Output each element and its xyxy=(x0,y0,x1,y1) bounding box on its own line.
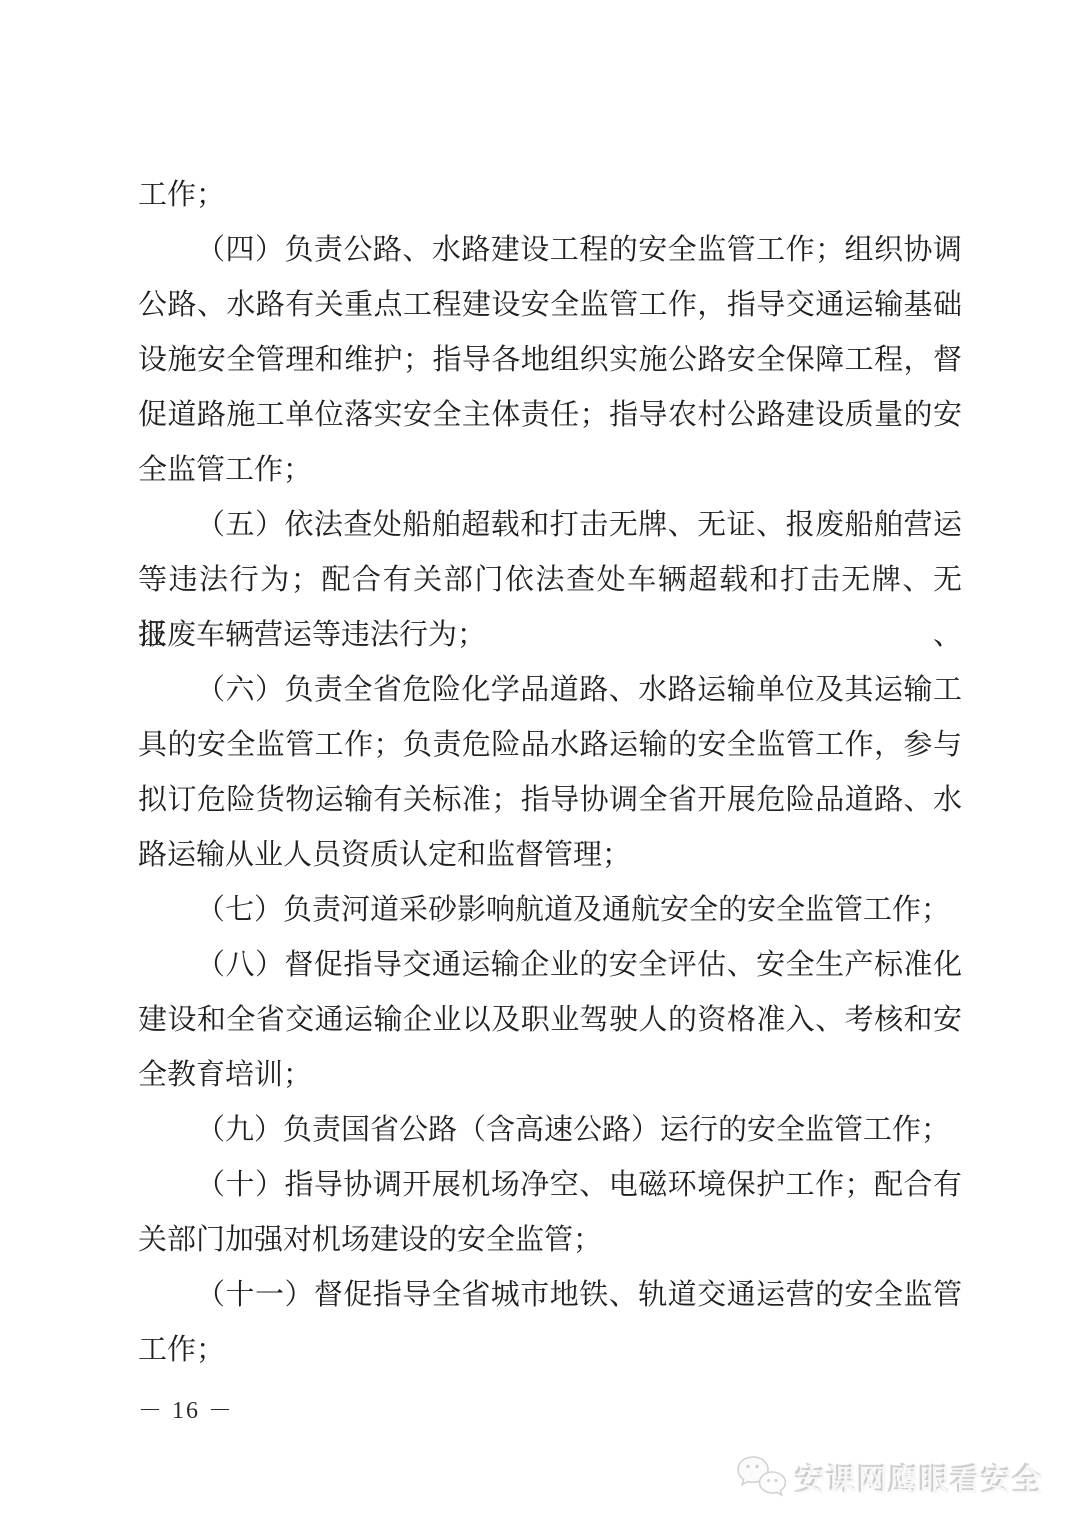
text-line: （九）负责国省公路（含高速公路）运行的安全监管工作； xyxy=(138,1103,962,1158)
text-line: （七）负责河道采砂影响航道及通航安全的安全监管工作； xyxy=(138,883,962,938)
text-line: 促道路施工单位落实安全主体责任；指导农村公路建设质量的安 xyxy=(138,388,962,443)
text-line: 具的安全监管工作；负责危险品水路运输的安全监管工作，参与 xyxy=(138,718,962,773)
text-line: （五）依法查处船舶超载和打击无牌、无证、报废船舶营运 xyxy=(138,498,962,553)
text-line: （八）督促指导交通运输企业的安全评估、安全生产标准化 xyxy=(138,938,962,993)
document-text-block: 工作；（四）负责公路、水路建设工程的安全监管工作；组织协调公路、水路有关重点工程… xyxy=(138,168,962,1378)
page-number: － 16 － xyxy=(138,1390,234,1425)
footer-brand-text: 安课网鹰眼看安全 xyxy=(796,1456,1044,1500)
footer-watermark: 安课网鹰眼看安全 xyxy=(736,1455,1044,1501)
chat-bubbles-icon xyxy=(736,1455,788,1501)
text-line: 全教育培训； xyxy=(138,1048,962,1103)
text-line: 全监管工作； xyxy=(138,443,962,498)
text-line: 设施安全管理和维护；指导各地组织实施公路安全保障工程，督 xyxy=(138,333,962,388)
text-line: 公路、水路有关重点工程建设安全监管工作，指导交通运输基础 xyxy=(138,278,962,333)
text-line: 工作； xyxy=(138,1323,962,1378)
text-line: 关部门加强对机场建设的安全监管； xyxy=(138,1213,962,1268)
text-line: 工作； xyxy=(138,168,962,223)
document-page: 工作；（四）负责公路、水路建设工程的安全监管工作；组织协调公路、水路有关重点工程… xyxy=(0,0,1080,1527)
text-line: （六）负责全省危险化学品道路、水路运输单位及其运输工 xyxy=(138,663,962,718)
text-line: （四）负责公路、水路建设工程的安全监管工作；组织协调 xyxy=(138,223,962,278)
text-line: 路运输从业人员资质认定和监督管理； xyxy=(138,828,962,883)
text-line: 拟订危险货物运输有关标准；指导协调全省开展危险品道路、水 xyxy=(138,773,962,828)
text-line: （十一）督促指导全省城市地铁、轨道交通运营的安全监管 xyxy=(138,1268,962,1323)
text-line: （十）指导协调开展机场净空、电磁环境保护工作；配合有 xyxy=(138,1158,962,1213)
text-line: 等违法行为；配合有关部门依法查处车辆超载和打击无牌、无证、 xyxy=(138,553,962,608)
text-line: 建设和全省交通运输企业以及职业驾驶人的资格准入、考核和安 xyxy=(138,993,962,1048)
